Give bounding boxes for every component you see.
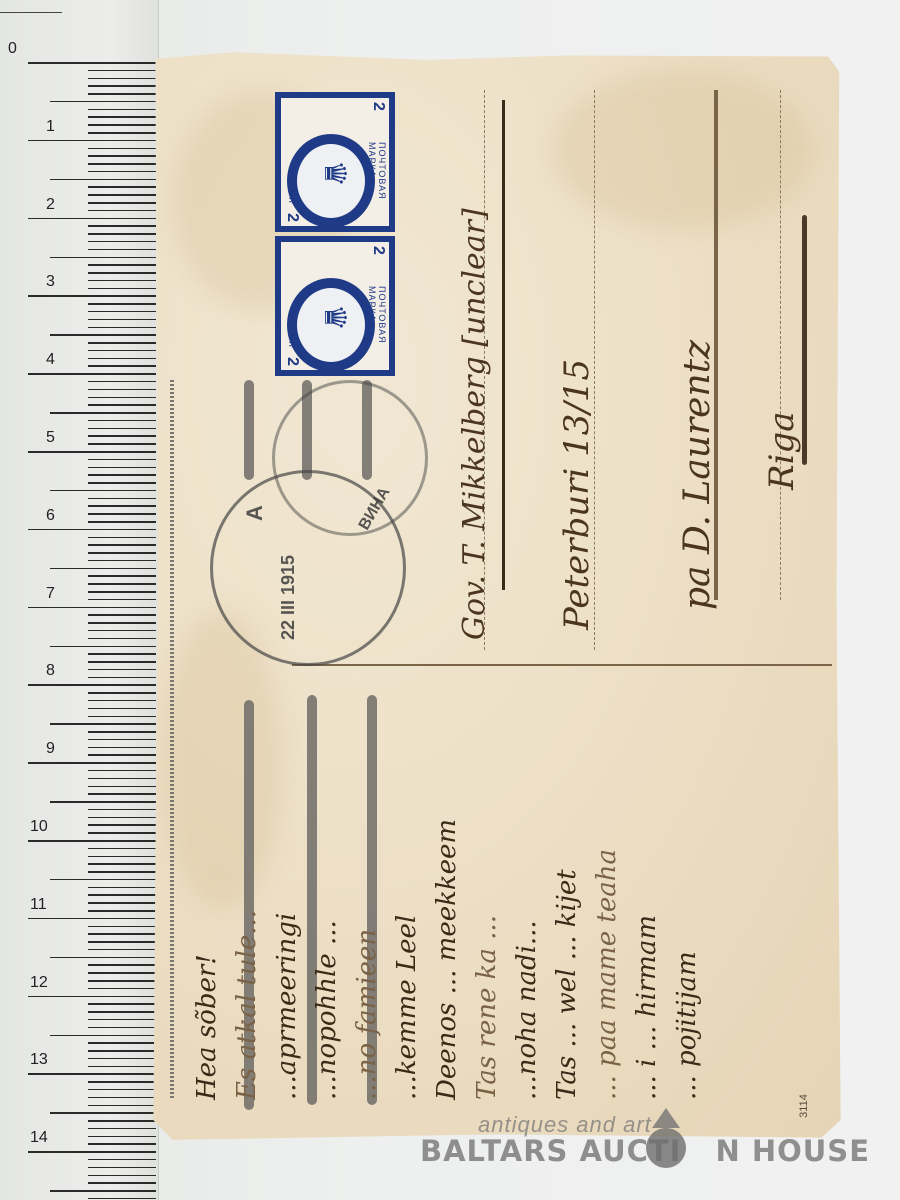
ruler-tick bbox=[88, 1011, 156, 1013]
message-line: ... i ... hirmam bbox=[632, 915, 662, 1100]
message-line: Tas rene ka ... bbox=[472, 915, 502, 1100]
ruler-tick bbox=[88, 1120, 156, 1122]
address-line-2: Peterburi 13/15 bbox=[557, 359, 597, 630]
ruler-tick bbox=[88, 1136, 156, 1138]
ruler-tick bbox=[88, 482, 156, 484]
address-line-4: Riga bbox=[762, 411, 802, 490]
underline-stroke bbox=[502, 100, 505, 590]
ruler-tick bbox=[88, 342, 156, 344]
ruler-tick bbox=[88, 163, 156, 165]
ruler-tick bbox=[88, 124, 156, 126]
ruler-tick bbox=[88, 288, 156, 290]
ruler-tick bbox=[88, 93, 156, 95]
ruler-tick bbox=[28, 451, 156, 453]
ruler-tick bbox=[88, 210, 156, 212]
ruler-tick bbox=[88, 109, 156, 111]
ruler-tick bbox=[88, 171, 156, 173]
watermark-title-part: N HOUSE bbox=[715, 1134, 870, 1168]
ruler-tick bbox=[88, 1089, 156, 1091]
ruler-tick bbox=[88, 980, 156, 982]
ruler-tick bbox=[88, 669, 156, 671]
ruler-tick bbox=[88, 552, 156, 554]
eagle-emblem-icon: ♛ bbox=[319, 304, 349, 331]
ruler-tick bbox=[88, 910, 156, 912]
ruler-tick bbox=[50, 879, 156, 881]
ruler-tick bbox=[88, 272, 156, 274]
ruler-tick bbox=[88, 148, 156, 150]
message-line: ... pojitijam bbox=[672, 951, 702, 1100]
ruler-tick bbox=[88, 964, 156, 966]
ruler-label: 12 bbox=[30, 974, 48, 992]
ruler-tick bbox=[88, 972, 156, 974]
ruler-tick bbox=[88, 894, 156, 896]
ruler-tick bbox=[88, 1167, 156, 1169]
ruler-tick bbox=[88, 902, 156, 904]
stamp-denomination: VII bbox=[287, 334, 297, 348]
ruler-tick bbox=[88, 863, 156, 865]
ruler-tick bbox=[88, 365, 156, 367]
address-line-1: Gov. T. Mikkelberg [unclear] bbox=[457, 208, 492, 640]
ruler-tick bbox=[88, 1019, 156, 1021]
cancel-bar bbox=[244, 380, 254, 480]
address-line-3: pa D. Laurentz bbox=[677, 340, 718, 610]
ruler-edge-line bbox=[0, 12, 62, 13]
ruler-tick bbox=[50, 957, 156, 959]
ruler-tick bbox=[88, 311, 156, 313]
ruler-label: 0 bbox=[8, 40, 17, 58]
ruler-tick bbox=[50, 412, 156, 414]
ruler-tick bbox=[50, 568, 156, 570]
message-line: Es atkal tule... bbox=[232, 910, 262, 1100]
ruler-tick bbox=[88, 498, 156, 500]
ruler-tick bbox=[50, 801, 156, 803]
ruler-tick bbox=[28, 762, 156, 764]
ruler-tick bbox=[50, 490, 156, 492]
ruler-tick bbox=[28, 918, 156, 920]
ruler-tick bbox=[50, 723, 156, 725]
ruler-tick bbox=[88, 186, 156, 188]
message-line: ...no famieen bbox=[352, 929, 382, 1100]
ruler-tick bbox=[88, 856, 156, 858]
postmark-date: 22 III 1915 bbox=[278, 555, 299, 640]
ruler-tick bbox=[88, 824, 156, 826]
stamp-value: 2 bbox=[283, 213, 301, 222]
divider-line bbox=[292, 664, 832, 666]
ruler-tick bbox=[28, 373, 156, 375]
ruler-tick bbox=[88, 241, 156, 243]
ruler-tick bbox=[88, 700, 156, 702]
ruler-tick bbox=[88, 194, 156, 196]
ruler-tick bbox=[88, 1182, 156, 1184]
ruler-label: 13 bbox=[30, 1051, 48, 1069]
ruler-tick bbox=[88, 249, 156, 251]
message-line: ...aprmeeringi bbox=[272, 913, 302, 1100]
ruler-tick bbox=[88, 1128, 156, 1130]
ruler-tick bbox=[88, 544, 156, 546]
ruler-tick bbox=[88, 435, 156, 437]
postmark-circle bbox=[272, 380, 428, 536]
ruler-tick bbox=[88, 428, 156, 430]
ruler-label: 6 bbox=[46, 507, 55, 525]
ruler-tick bbox=[88, 887, 156, 889]
message-line: Hea sõber! bbox=[192, 954, 222, 1100]
ruler-tick bbox=[88, 809, 156, 811]
ruler-tick bbox=[88, 1097, 156, 1099]
ruler-label: 2 bbox=[46, 196, 55, 214]
ruler-tick bbox=[88, 513, 156, 515]
ruler-tick bbox=[88, 692, 156, 694]
ruler-label: 4 bbox=[46, 351, 55, 369]
ruler-tick bbox=[88, 817, 156, 819]
ruler-tick bbox=[88, 537, 156, 539]
ruler-tick bbox=[88, 933, 156, 935]
ruler-tick bbox=[28, 1073, 156, 1075]
ruler-tick bbox=[88, 832, 156, 834]
ruler-tick bbox=[88, 443, 156, 445]
ruler-label: 5 bbox=[46, 429, 55, 447]
message-line: Tas ... wel ... kijet bbox=[552, 869, 582, 1100]
ruler-tick bbox=[88, 280, 156, 282]
ruler-tick bbox=[88, 1003, 156, 1005]
ruler-tick bbox=[50, 101, 156, 103]
ruler-tick bbox=[88, 591, 156, 593]
ruler-label: 9 bbox=[46, 740, 55, 758]
ruler-tick bbox=[88, 778, 156, 780]
ruler-tick bbox=[88, 638, 156, 640]
ruler-tick bbox=[88, 132, 156, 134]
ruler-tick bbox=[28, 218, 156, 220]
stamp-denomination: VII bbox=[287, 190, 297, 204]
eagle-emblem-icon: ♛ bbox=[319, 160, 349, 187]
ruler-tick bbox=[88, 988, 156, 990]
ruler-tick bbox=[88, 677, 156, 679]
ruler-tick bbox=[88, 1159, 156, 1161]
postage-stamp: ♛ 2 2 ПОЧТОВАЯ МАРКА VII bbox=[275, 236, 395, 376]
ruler-tick bbox=[50, 334, 156, 336]
ruler-tick bbox=[88, 560, 156, 562]
ruler-tick bbox=[88, 871, 156, 873]
ruler-tick bbox=[88, 381, 156, 383]
ruler-tick bbox=[88, 926, 156, 928]
ruler-tick bbox=[88, 78, 156, 80]
ruler-label: 11 bbox=[30, 896, 47, 914]
ruler-tick bbox=[28, 996, 156, 998]
ruler-tick bbox=[88, 70, 156, 72]
ruler-tick bbox=[28, 607, 156, 609]
message-line: ...noha nadi... bbox=[512, 920, 542, 1100]
ruler-tick bbox=[28, 684, 156, 686]
stamp-value: 2 bbox=[369, 246, 387, 255]
ruler-tick bbox=[88, 653, 156, 655]
ruler-tick bbox=[88, 793, 156, 795]
ruler-tick bbox=[88, 949, 156, 951]
ruler-tick bbox=[88, 264, 156, 266]
ruler-tick bbox=[88, 770, 156, 772]
ruler-tick bbox=[88, 661, 156, 663]
watermark-title-part: BALTARS AUCTI bbox=[420, 1134, 681, 1168]
ruler-tick bbox=[88, 630, 156, 632]
ruler-tick bbox=[50, 646, 156, 648]
postcard: ♛ 2 2 ПОЧТОВАЯ МАРКА VII ♛ 2 2 ПОЧТОВАЯ … bbox=[152, 50, 842, 1142]
ruler-tick bbox=[28, 840, 156, 842]
decorative-border bbox=[170, 380, 174, 1100]
ruler-tick bbox=[88, 85, 156, 87]
ruler-tick bbox=[88, 786, 156, 788]
ruler-tick bbox=[88, 1050, 156, 1052]
ruler-label: 1 bbox=[46, 118, 55, 136]
ruler-tick bbox=[88, 739, 156, 741]
ruler-tick bbox=[88, 420, 156, 422]
ruler-label: 14 bbox=[30, 1129, 48, 1147]
ruler-label: 7 bbox=[46, 585, 55, 603]
ruler-tick bbox=[88, 350, 156, 352]
ruler-tick bbox=[88, 622, 156, 624]
ruler-tick bbox=[88, 116, 156, 118]
ruler-tick bbox=[88, 1042, 156, 1044]
ruler-tick bbox=[88, 1198, 156, 1200]
ruler-tick bbox=[88, 521, 156, 523]
ruler-tick bbox=[88, 327, 156, 329]
ruler-tick bbox=[88, 202, 156, 204]
ruler-tick bbox=[88, 754, 156, 756]
ruler-tick bbox=[88, 358, 156, 360]
message-line: Deenos ... meekkeem bbox=[432, 819, 462, 1100]
printed-code: 3114 bbox=[798, 1094, 810, 1118]
ruler-tick bbox=[50, 257, 156, 259]
measuring-ruler: 01234567891011121314 bbox=[0, 0, 159, 1200]
ruler-tick bbox=[88, 233, 156, 235]
ruler-label: 3 bbox=[46, 273, 55, 291]
ruler-label: 8 bbox=[46, 662, 55, 680]
ruler-tick bbox=[88, 731, 156, 733]
crown-icon bbox=[652, 1108, 680, 1128]
stamp-label: ПОЧТОВАЯ МАРКА bbox=[367, 286, 387, 370]
ruler-tick bbox=[50, 1190, 156, 1192]
ruler-tick bbox=[28, 62, 156, 64]
ruler-tick bbox=[50, 1035, 156, 1037]
ruler-tick bbox=[88, 1175, 156, 1177]
ruler-tick bbox=[88, 467, 156, 469]
ruler-tick bbox=[88, 1081, 156, 1083]
underline-stroke bbox=[802, 215, 807, 465]
ruler-tick bbox=[88, 319, 156, 321]
postmark-letter: А bbox=[242, 505, 268, 521]
ruler-tick bbox=[28, 1151, 156, 1153]
ruler-label: 10 bbox=[30, 818, 48, 836]
age-stain bbox=[552, 70, 812, 230]
ruler-tick bbox=[88, 1066, 156, 1068]
ruler-tick bbox=[88, 404, 156, 406]
ruler-tick bbox=[88, 599, 156, 601]
postage-stamp: ♛ 2 2 ПОЧТОВАЯ МАРКА VII bbox=[275, 92, 395, 232]
ruler-tick bbox=[88, 459, 156, 461]
ruler-tick bbox=[88, 1105, 156, 1107]
ruler-tick bbox=[88, 941, 156, 943]
ruler-tick bbox=[88, 575, 156, 577]
ruler-tick bbox=[88, 1027, 156, 1029]
ruler-tick bbox=[28, 295, 156, 297]
message-line: ... paa mame teaha bbox=[592, 849, 622, 1100]
ruler-tick bbox=[88, 303, 156, 305]
stamp-value: 2 bbox=[283, 357, 301, 366]
ruler-tick bbox=[88, 848, 156, 850]
ruler-tick bbox=[88, 505, 156, 507]
ruler-tick bbox=[88, 708, 156, 710]
address-line bbox=[780, 90, 781, 600]
ruler-tick bbox=[88, 1058, 156, 1060]
ruler-tick bbox=[88, 1143, 156, 1145]
ruler-tick bbox=[88, 747, 156, 749]
ruler-tick bbox=[88, 474, 156, 476]
ruler-tick bbox=[88, 397, 156, 399]
ruler-tick bbox=[88, 225, 156, 227]
ruler-tick bbox=[50, 1112, 156, 1114]
ruler-tick bbox=[28, 140, 156, 142]
ruler-tick bbox=[50, 179, 156, 181]
ruler-tick bbox=[88, 614, 156, 616]
stamp-label: ПОЧТОВАЯ МАРКА bbox=[367, 142, 387, 226]
stamp-value: 2 bbox=[369, 102, 387, 111]
message-line: ...kemme Leel bbox=[392, 915, 422, 1100]
ruler-tick bbox=[88, 716, 156, 718]
message-line: ...nopohhle ... bbox=[312, 920, 342, 1100]
ruler-tick bbox=[88, 583, 156, 585]
ruler-tick bbox=[88, 389, 156, 391]
ruler-tick bbox=[88, 155, 156, 157]
ruler-tick bbox=[28, 529, 156, 531]
watermark-title: BALTARS AUCTIN HOUSE bbox=[420, 1134, 870, 1168]
